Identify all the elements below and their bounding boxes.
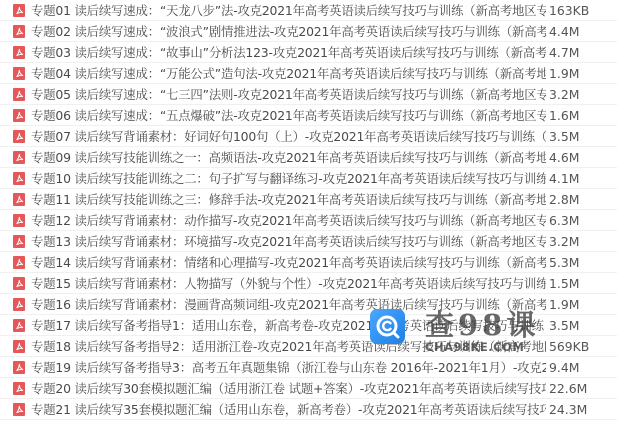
file-row[interactable]: 专题12 读后续写背诵素材：动作描写-攻克2021年高考英语读后续写技巧与训练（… <box>0 210 617 231</box>
file-name: 专题14 读后续写背诵素材：情绪和心理描写-攻克2021年高考英语读后续写技巧与… <box>31 254 546 271</box>
file-row[interactable]: 专题03 读后续写速成：“故事山”分析法123-攻克2021年高考英语读后续写技… <box>0 42 617 63</box>
pdf-icon <box>13 235 25 248</box>
file-size: 6.3M <box>549 212 579 229</box>
file-row[interactable]: 专题07 读后续写背诵素材：好词好句100句（上）-攻克2021年高考英语读后续… <box>0 126 617 147</box>
pdf-icon <box>13 382 25 395</box>
file-size: 5.3M <box>549 254 579 271</box>
file-row[interactable]: 专题11 读后续写技能训练之三：修辞手法-攻克2021年高考英语读后续写技巧与训… <box>0 189 617 210</box>
file-name: 专题13 读后续写背诵素材：环境描写-攻克2021年高考英语读后续写技巧与训练（… <box>31 233 546 250</box>
file-size: 3.2M <box>549 86 579 103</box>
pdf-icon <box>13 172 25 185</box>
file-size: 4.4M <box>549 23 579 40</box>
pdf-icon <box>13 67 25 80</box>
pdf-icon <box>13 403 25 416</box>
file-name: 专题05 读后续写速成：“七三四”法则-攻克2021年高考英语读后续写技巧与训练… <box>31 86 546 103</box>
file-row[interactable]: 专题20 读后续写30套模拟题汇编（适用浙江卷 试题+答案）-攻克2021年高考… <box>0 378 617 399</box>
file-size: 1.5M <box>549 275 579 292</box>
file-name: 专题19 读后续写备考指导3：高考五年真题集锦（浙江卷与山东卷 2016年-20… <box>31 359 546 376</box>
file-row[interactable]: 专题06 读后续写速成：“五点爆破”法-攻克2021年高考英语读后续写技巧与训练… <box>0 105 617 126</box>
file-row[interactable]: 专题05 读后续写速成：“七三四”法则-攻克2021年高考英语读后续写技巧与训练… <box>0 84 617 105</box>
file-name: 专题10 读后续写技能训练之二：句子扩写与翻译练习-攻克2021年高考英语读后续… <box>31 170 546 187</box>
file-size: 4.1M <box>549 170 579 187</box>
pdf-icon <box>13 277 25 290</box>
pdf-icon <box>13 46 25 59</box>
file-name: 专题07 读后续写背诵素材：好词好句100句（上）-攻克2021年高考英语读后续… <box>31 128 546 145</box>
file-name: 专题06 读后续写速成：“五点爆破”法-攻克2021年高考英语读后续写技巧与训练… <box>31 107 546 124</box>
file-name: 专题03 读后续写速成：“故事山”分析法123-攻克2021年高考英语读后续写技… <box>31 44 546 61</box>
file-row[interactable]: 专题02 读后续写速成：“波浪式”剧情推进法-攻克2021年高考英语读后续写技巧… <box>0 21 617 42</box>
file-list: 专题01 读后续写速成：“天龙八步”法-攻克2021年高考英语读后续写技巧与训练… <box>0 0 617 420</box>
file-name: 专题04 读后续写速成：“万能公式”造句法-攻克2021年高考英语读后续写技巧与… <box>31 65 546 82</box>
file-name: 专题02 读后续写速成：“波浪式”剧情推进法-攻克2021年高考英语读后续写技巧… <box>31 23 546 40</box>
pdf-icon <box>13 151 25 164</box>
pdf-icon <box>13 130 25 143</box>
file-name: 专题09 读后续写技能训练之一：高频语法-攻克2021年高考英语读后续写技巧与训… <box>31 149 546 166</box>
file-size: 569KB <box>549 338 589 355</box>
file-size: 2.8M <box>549 191 579 208</box>
file-row[interactable]: 专题17 读后续写备考指导1：适用山东卷，新高考卷-攻克2021年高考英语读后续… <box>0 315 617 336</box>
file-row[interactable]: 专题04 读后续写速成：“万能公式”造句法-攻克2021年高考英语读后续写技巧与… <box>0 63 617 84</box>
file-size: 3.5M <box>549 317 579 334</box>
file-row[interactable]: 专题19 读后续写备考指导3：高考五年真题集锦（浙江卷与山东卷 2016年-20… <box>0 357 617 378</box>
file-name: 专题11 读后续写技能训练之三：修辞手法-攻克2021年高考英语读后续写技巧与训… <box>31 191 546 208</box>
file-size: 163KB <box>549 2 589 19</box>
pdf-icon <box>13 214 25 227</box>
file-name: 专题18 读后续写备考指导2：适用浙江卷-攻克2021年高考英语读后续写技巧与训… <box>31 338 546 355</box>
file-name: 专题17 读后续写备考指导1：适用山东卷，新高考卷-攻克2021年高考英语读后续… <box>31 317 546 334</box>
pdf-icon <box>13 319 25 332</box>
file-size: 1.6M <box>549 107 579 124</box>
pdf-icon <box>13 340 25 353</box>
file-row[interactable]: 专题13 读后续写背诵素材：环境描写-攻克2021年高考英语读后续写技巧与训练（… <box>0 231 617 252</box>
file-name: 专题20 读后续写30套模拟题汇编（适用浙江卷 试题+答案）-攻克2021年高考… <box>31 380 546 397</box>
pdf-icon <box>13 298 25 311</box>
pdf-icon <box>13 193 25 206</box>
file-row[interactable]: 专题18 读后续写备考指导2：适用浙江卷-攻克2021年高考英语读后续写技巧与训… <box>0 336 617 357</box>
file-size: 4.6M <box>549 149 579 166</box>
file-name: 专题12 读后续写背诵素材：动作描写-攻克2021年高考英语读后续写技巧与训练（… <box>31 212 546 229</box>
pdf-icon <box>13 256 25 269</box>
file-row[interactable]: 专题21 读后续写35套模拟题汇编（适用山东卷，新高考卷）-攻克2021年高考英… <box>0 399 617 420</box>
file-row[interactable]: 专题14 读后续写背诵素材：情绪和心理描写-攻克2021年高考英语读后续写技巧与… <box>0 252 617 273</box>
file-row[interactable]: 专题15 读后续写背诵素材：人物描写（外貌与个性）-攻克2021年高考英语读后续… <box>0 273 617 294</box>
pdf-icon <box>13 109 25 122</box>
file-name: 专题21 读后续写35套模拟题汇编（适用山东卷，新高考卷）-攻克2021年高考英… <box>31 401 546 418</box>
file-size: 4.7M <box>549 44 579 61</box>
file-name: 专题01 读后续写速成：“天龙八步”法-攻克2021年高考英语读后续写技巧与训练… <box>31 2 546 19</box>
file-name: 专题16 读后续写背诵素材：漫画背高频词组-攻克2021年高考英语读后续写技巧与… <box>31 296 546 313</box>
file-row[interactable]: 专题16 读后续写背诵素材：漫画背高频词组-攻克2021年高考英语读后续写技巧与… <box>0 294 617 315</box>
file-size: 9.4M <box>549 359 579 376</box>
pdf-icon <box>13 4 25 17</box>
file-size: 3.2M <box>549 233 579 250</box>
pdf-icon <box>13 88 25 101</box>
file-name: 专题15 读后续写背诵素材：人物描写（外貌与个性）-攻克2021年高考英语读后续… <box>31 275 546 292</box>
file-size: 1.9M <box>549 65 579 82</box>
file-row[interactable]: 专题01 读后续写速成：“天龙八步”法-攻克2021年高考英语读后续写技巧与训练… <box>0 0 617 21</box>
file-size: 3.5M <box>549 128 579 145</box>
file-row[interactable]: 专题10 读后续写技能训练之二：句子扩写与翻译练习-攻克2021年高考英语读后续… <box>0 168 617 189</box>
file-size: 24.3M <box>549 401 587 418</box>
file-row[interactable]: 专题09 读后续写技能训练之一：高频语法-攻克2021年高考英语读后续写技巧与训… <box>0 147 617 168</box>
pdf-icon <box>13 25 25 38</box>
pdf-icon <box>13 361 25 374</box>
file-size: 1.9M <box>549 296 579 313</box>
file-size: 22.6M <box>549 380 587 397</box>
